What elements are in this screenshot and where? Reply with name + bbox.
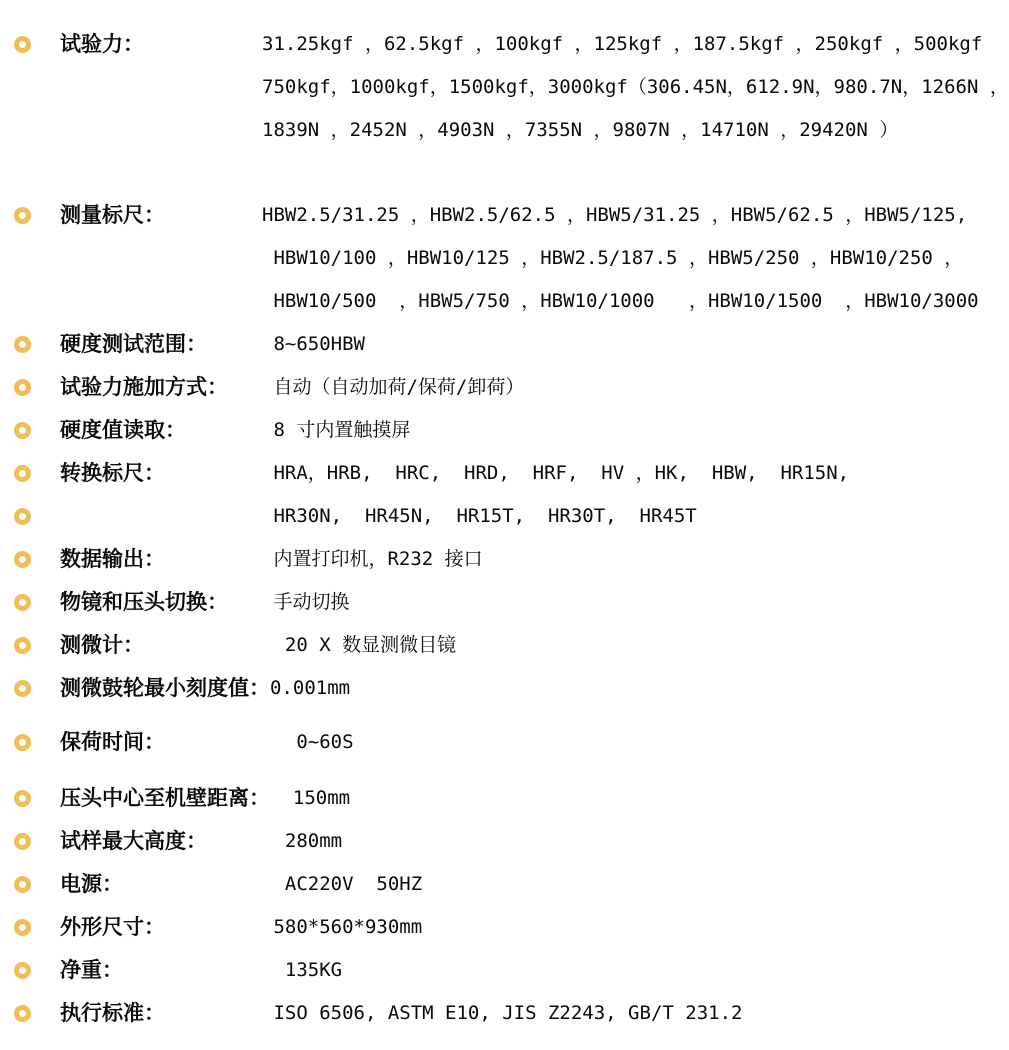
circle-bullet-icon xyxy=(14,734,31,751)
spec-value-line: HBW10/100 ，HBW10/125 ，HBW2.5/187.5 ，HBW5… xyxy=(262,237,1009,280)
spec-value: 8 寸内置触摸屏 xyxy=(262,409,1009,452)
spec-value: 0~60S xyxy=(262,721,1009,764)
circle-bullet-icon xyxy=(14,336,31,353)
spec-label: 数据输出： xyxy=(60,538,262,581)
spec-value: 31.25kgf ，62.5kgf ，100kgf ，125kgf ，187.5… xyxy=(262,23,1009,152)
spec-label: 电源： xyxy=(60,863,262,906)
spec-label: 压头中心至机壁距离： xyxy=(60,777,270,820)
spec-value-line: 手动切换 xyxy=(262,581,1009,624)
spec-value: 自动（自动加荷/保荷/卸荷） xyxy=(262,366,1009,409)
circle-bullet-icon xyxy=(14,1005,31,1022)
spec-value: 20 X 数显测微目镜 xyxy=(262,624,1009,667)
spec-value: HBW2.5/31.25 ，HBW2.5/62.5 ，HBW5/31.25 ，H… xyxy=(262,194,1009,323)
circle-bullet-icon xyxy=(14,508,31,525)
spec-value-line: 135KG xyxy=(262,949,1009,992)
spec-label: 物镜和压头切换： xyxy=(60,581,262,624)
spec-label: 试验力： xyxy=(60,23,262,66)
spec-value-line: 1839N ，2452N ，4903N ，7355N ，9807N ，14710… xyxy=(262,109,1009,152)
bullet-cell xyxy=(0,624,60,654)
spec-row: 保荷时间： 0~60S xyxy=(0,721,1009,764)
spec-value-line: HR30N, HR45N, HR15T, HR30T, HR45T xyxy=(262,495,1009,538)
bullet-cell xyxy=(0,23,60,53)
spec-value: 580*560*930mm xyxy=(262,906,1009,949)
spec-value: 0.001mm xyxy=(270,667,1009,710)
spec-label: 硬度值读取： xyxy=(60,409,262,452)
circle-bullet-icon xyxy=(14,833,31,850)
spec-row: 净重： 135KG xyxy=(0,949,1009,992)
spec-value-line: 580*560*930mm xyxy=(262,906,1009,949)
spec-row: 试样最大高度： 280mm xyxy=(0,820,1009,863)
spec-value: 150mm xyxy=(270,777,1009,820)
spec-row: 试验力：31.25kgf ，62.5kgf ，100kgf ，125kgf ，1… xyxy=(0,23,1009,152)
spec-value: 手动切换 xyxy=(262,581,1009,624)
bullet-cell xyxy=(0,581,60,611)
bullet-cell xyxy=(0,452,60,482)
spec-value-line: 0~60S xyxy=(262,721,1009,764)
spec-value-line: 750kgf，1000kgf，1500kgf，3000kgf（306.45N，6… xyxy=(262,66,1009,109)
spec-value-line: 0.001mm xyxy=(270,667,1009,710)
spec-value: HRA，HRB, HRC, HRD, HRF, HV ，HK, HBW, HR1… xyxy=(262,452,1009,495)
bullet-cell xyxy=(0,495,60,525)
spec-value-line: 内置打印机，R232 接口 xyxy=(262,538,1009,581)
circle-bullet-icon xyxy=(14,594,31,611)
spec-value-line: 150mm xyxy=(270,777,1009,820)
spec-value-line: 31.25kgf ，62.5kgf ，100kgf ，125kgf ，187.5… xyxy=(262,23,1009,66)
spec-value-line: 8~650HBW xyxy=(262,323,1009,366)
circle-bullet-icon xyxy=(14,207,31,224)
spec-value-line: 20 X 数显测微目镜 xyxy=(262,624,1009,667)
circle-bullet-icon xyxy=(14,680,31,697)
spec-row: 外形尺寸： 580*560*930mm xyxy=(0,906,1009,949)
bullet-cell xyxy=(0,667,60,697)
spec-sheet: 试验力：31.25kgf ，62.5kgf ，100kgf ，125kgf ，1… xyxy=(0,0,1009,1035)
spec-label: 测微鼓轮最小刻度值： xyxy=(60,667,270,710)
spec-row: 执行标准： ISO 6506, ASTM E10, JIS Z2243, GB/… xyxy=(0,992,1009,1035)
bullet-cell xyxy=(0,777,60,807)
spec-value: HR30N, HR45N, HR15T, HR30T, HR45T xyxy=(262,495,1009,538)
spec-row: 硬度值读取： 8 寸内置触摸屏 xyxy=(0,409,1009,452)
spec-label: 保荷时间： xyxy=(60,721,262,764)
spec-value-line: 自动（自动加荷/保荷/卸荷） xyxy=(262,366,1009,409)
spec-value-line: HBW2.5/31.25 ，HBW2.5/62.5 ，HBW5/31.25 ，H… xyxy=(262,194,1009,237)
bullet-cell xyxy=(0,863,60,893)
bullet-cell xyxy=(0,323,60,353)
spec-row: 试验力施加方式： 自动（自动加荷/保荷/卸荷） xyxy=(0,366,1009,409)
bullet-cell xyxy=(0,949,60,979)
spec-row: HR30N, HR45N, HR15T, HR30T, HR45T xyxy=(0,495,1009,538)
circle-bullet-icon xyxy=(14,465,31,482)
spec-value: 8~650HBW xyxy=(262,323,1009,366)
spec-value-line: HRA，HRB, HRC, HRD, HRF, HV ，HK, HBW, HR1… xyxy=(262,452,1009,495)
bullet-cell xyxy=(0,538,60,568)
spec-label: 净重： xyxy=(60,949,262,992)
circle-bullet-icon xyxy=(14,637,31,654)
bullet-cell xyxy=(0,820,60,850)
spec-value-line: 280mm xyxy=(262,820,1009,863)
spec-label: 测微计： xyxy=(60,624,262,667)
spec-value: 内置打印机，R232 接口 xyxy=(262,538,1009,581)
circle-bullet-icon xyxy=(14,551,31,568)
spec-row: 转换标尺： HRA，HRB, HRC, HRD, HRF, HV ，HK, HB… xyxy=(0,452,1009,495)
bullet-cell xyxy=(0,409,60,439)
spec-value: 280mm xyxy=(262,820,1009,863)
circle-bullet-icon xyxy=(14,422,31,439)
spec-value-line: HBW10/500 ，HBW5/750 ，HBW10/1000 ，HBW10/1… xyxy=(262,280,1009,323)
spec-value-line: ISO 6506, ASTM E10, JIS Z2243, GB/T 231.… xyxy=(262,992,1009,1035)
bullet-cell xyxy=(0,721,60,751)
bullet-cell xyxy=(0,992,60,1022)
spec-row: 压头中心至机壁距离： 150mm xyxy=(0,777,1009,820)
spec-label: 试样最大高度： xyxy=(60,820,262,863)
spec-label: 外形尺寸： xyxy=(60,906,262,949)
bullet-cell xyxy=(0,906,60,936)
spec-row: 电源： AC220V 50HZ xyxy=(0,863,1009,906)
bullet-cell xyxy=(0,366,60,396)
spec-row: 测量标尺：HBW2.5/31.25 ，HBW2.5/62.5 ，HBW5/31.… xyxy=(0,194,1009,323)
spec-label: 试验力施加方式： xyxy=(60,366,262,409)
circle-bullet-icon xyxy=(14,379,31,396)
spec-row: 测微计： 20 X 数显测微目镜 xyxy=(0,624,1009,667)
spec-value: AC220V 50HZ xyxy=(262,863,1009,906)
spec-row: 数据输出： 内置打印机，R232 接口 xyxy=(0,538,1009,581)
circle-bullet-icon xyxy=(14,36,31,53)
circle-bullet-icon xyxy=(14,790,31,807)
spec-value: 135KG xyxy=(262,949,1009,992)
bullet-cell xyxy=(0,194,60,224)
spec-label: 转换标尺： xyxy=(60,452,262,495)
spec-label: 测量标尺： xyxy=(60,194,262,237)
spec-label: 执行标准： xyxy=(60,992,262,1035)
circle-bullet-icon xyxy=(14,962,31,979)
circle-bullet-icon xyxy=(14,876,31,893)
circle-bullet-icon xyxy=(14,919,31,936)
spec-row: 物镜和压头切换： 手动切换 xyxy=(0,581,1009,624)
spec-value: ISO 6506, ASTM E10, JIS Z2243, GB/T 231.… xyxy=(262,992,1009,1035)
spec-row: 测微鼓轮最小刻度值：0.001mm xyxy=(0,667,1009,710)
spec-row: 硬度测试范围： 8~650HBW xyxy=(0,323,1009,366)
spec-label: 硬度测试范围： xyxy=(60,323,262,366)
spec-value-line: AC220V 50HZ xyxy=(262,863,1009,906)
spec-value-line: 8 寸内置触摸屏 xyxy=(262,409,1009,452)
